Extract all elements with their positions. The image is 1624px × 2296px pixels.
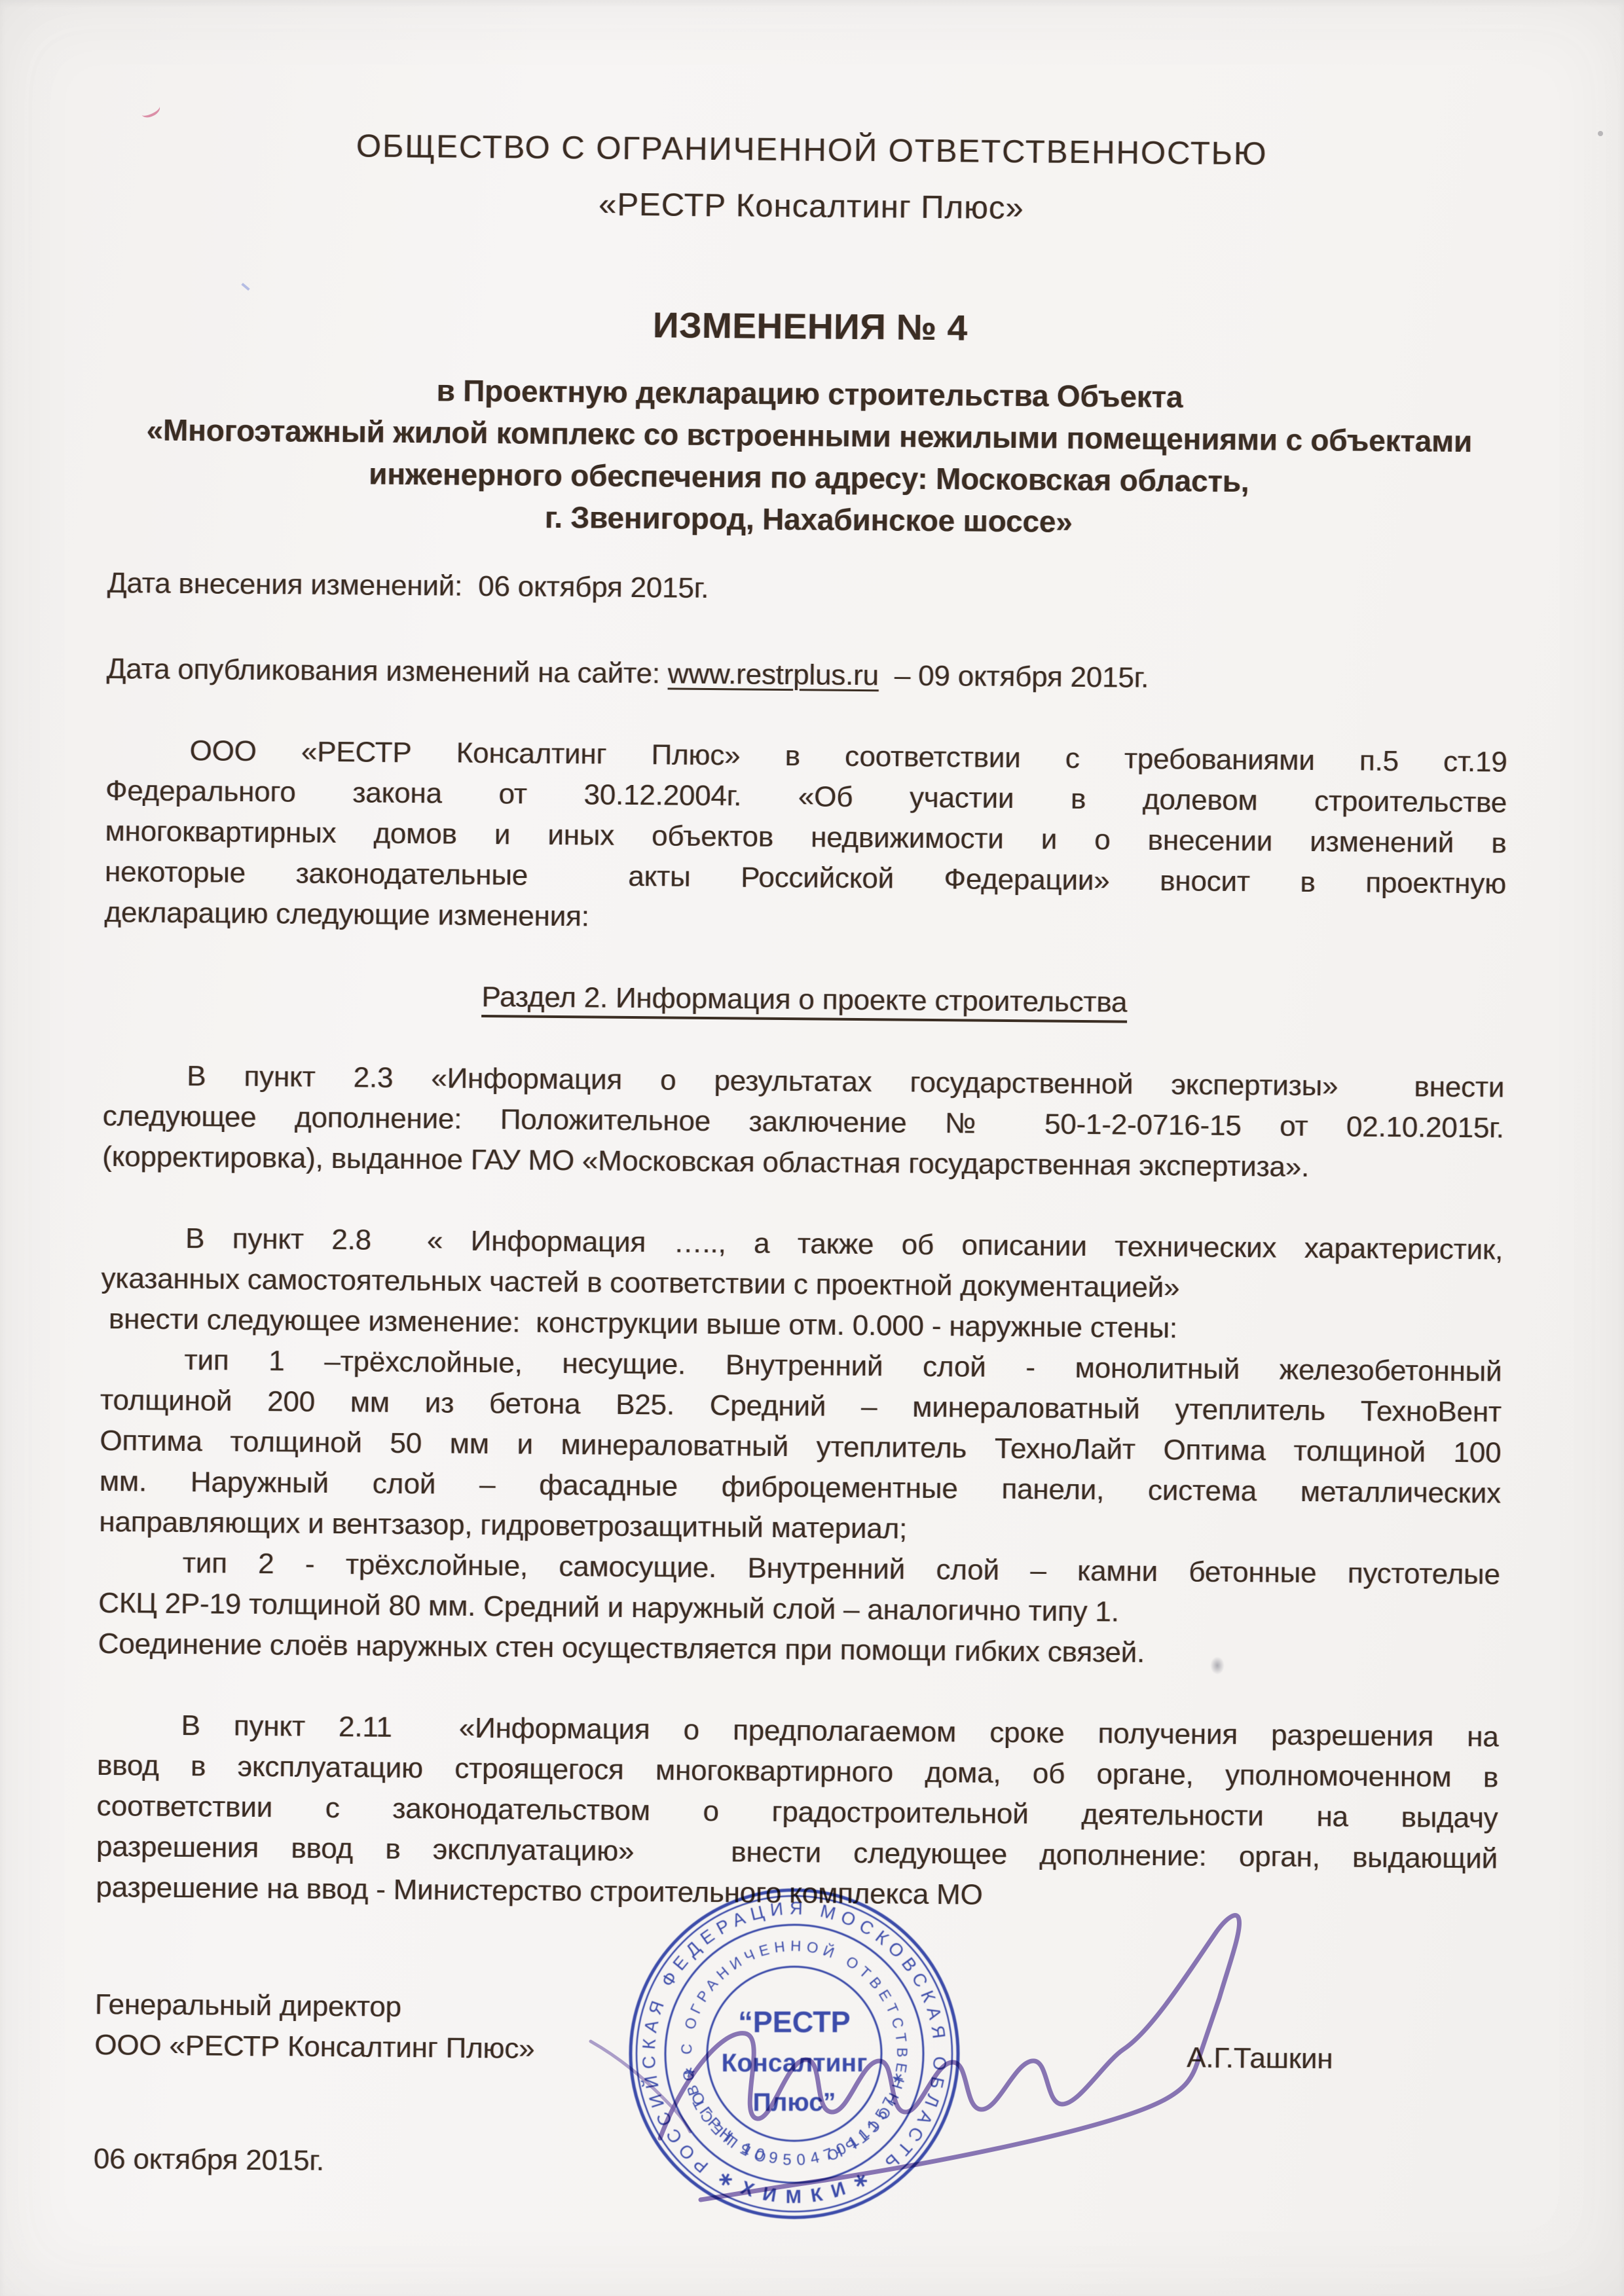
scan-artifact-corner-dot <box>1598 131 1603 136</box>
site-url-text: www.restrplus.ru <box>668 657 879 691</box>
scan-artifact-red-mark <box>139 101 162 120</box>
org-name-line-2: «РЕСТР Консалтинг Плюс» <box>111 181 1512 234</box>
org-name-line-1: ОБЩЕСТВО С ОГРАНИЧЕННОЙ ОТВЕТСТВЕННОСТЬЮ <box>111 124 1512 177</box>
document-title: ИЗМЕНЕНИЯ № 4 <box>109 299 1511 354</box>
paragraph-point-2-3: В пункт 2.3 «Информация о результатах го… <box>102 1055 1505 1190</box>
date-published-suffix: – 09 октября 2015г. <box>879 659 1149 694</box>
handwritten-signature <box>583 1833 1408 2265</box>
document-subtitle: в Проектную декларацию строительства Объ… <box>108 367 1511 547</box>
date-published-prefix: Дата опубликования изменений на сайте: <box>107 653 669 689</box>
paragraph-point-2-8: В пункт 2.8 « Информация ….., а также об… <box>101 1218 1504 1352</box>
paragraph-wall-type-2: тип 2 - трёхслойные, самосущие. Внутренн… <box>98 1542 1500 1677</box>
signature-stroke-main <box>660 1916 1240 2200</box>
intro-paragraph: ООО «РЕСТР Консалтинг Плюс» в соответств… <box>104 730 1507 945</box>
scanned-document-page: ОБЩЕСТВО С ОГРАНИЧЕННОЙ ОТВЕТСТВЕННОСТЬЮ… <box>0 0 1624 2296</box>
paragraph-wall-type-1: тип 1 –трёхслойные, несущие. Внутренний … <box>99 1339 1502 1555</box>
signature-stroke-entry <box>591 2041 690 2132</box>
date-entered-line: Дата внесения изменений: 06 октября 2015… <box>107 563 1509 616</box>
date-published-line: Дата опубликования изменений на сайте: w… <box>106 649 1507 702</box>
section-2-heading: Раздел 2. Информация о проекте строитель… <box>103 974 1505 1027</box>
